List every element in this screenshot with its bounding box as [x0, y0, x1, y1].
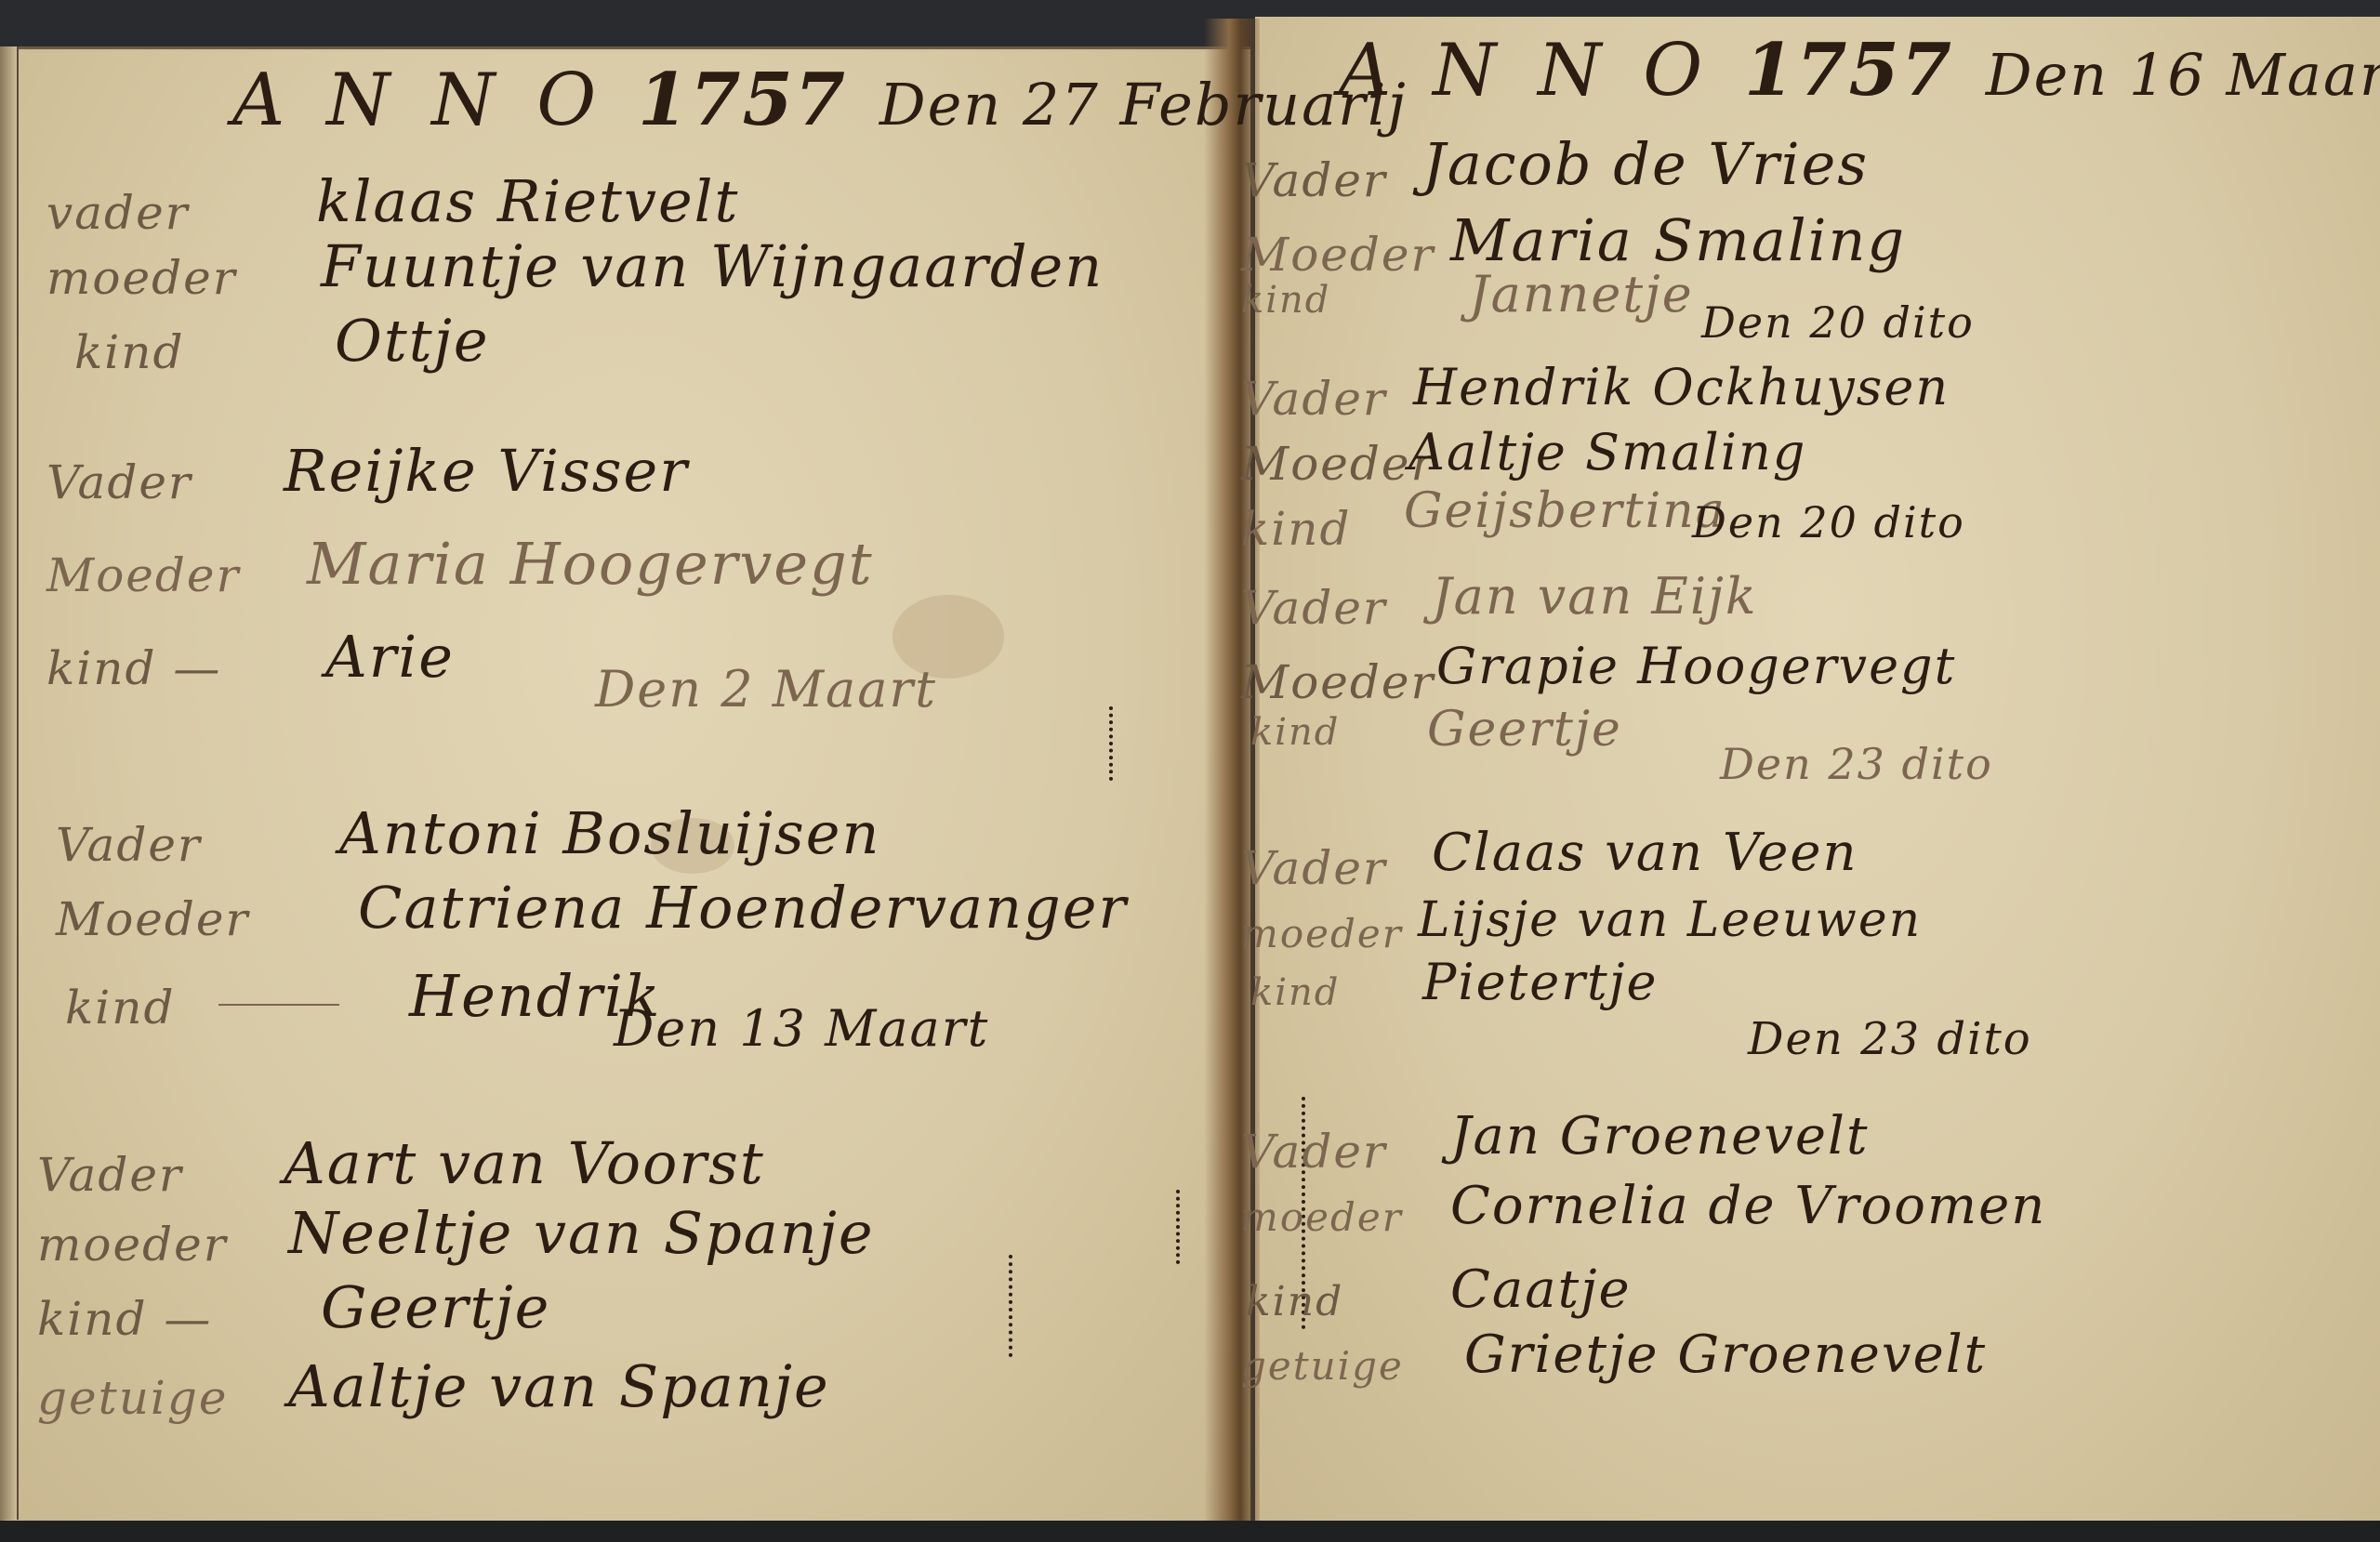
- kind-name: Ottje: [335, 307, 490, 375]
- kind-name: Geertje: [321, 1273, 550, 1341]
- kind-label: kind —: [46, 641, 221, 695]
- kind-name: Arie: [325, 623, 455, 691]
- moeder-name: Grapie Hoogervegt: [1436, 637, 1956, 695]
- vader-label: Vader: [46, 455, 192, 509]
- vader-name: Jan Groenevelt: [1450, 1106, 1869, 1166]
- vader-name: Reijke Visser: [284, 437, 689, 505]
- kind-label: kind: [1246, 1278, 1343, 1325]
- left-page-edge: [0, 46, 19, 1520]
- heading-year: 1757: [1744, 28, 1953, 112]
- moeder-label: Moeder: [46, 548, 240, 602]
- left-page-heading: A N N O 1757 Den 27 Februarij: [232, 58, 1408, 142]
- stamp-bleed-mark: [1109, 706, 1113, 781]
- vader-label: Vader: [1241, 581, 1387, 635]
- kind-label: kind: [65, 981, 176, 1035]
- entry-date: Den 20 dito: [1692, 497, 1965, 547]
- entry-date: Den 23 dito: [1748, 1013, 2032, 1065]
- vader-name: Aart van Voorst: [284, 1129, 765, 1197]
- moeder-label: moeder: [1241, 1194, 1403, 1240]
- vader-name: Claas van Veen: [1432, 823, 1858, 883]
- kind-name: Caatje: [1450, 1259, 1632, 1320]
- kind-name: Jannetje: [1469, 265, 1694, 323]
- vader-label: Vader: [1241, 153, 1387, 207]
- kind-label: kind —: [37, 1292, 212, 1346]
- vader-name: Jacob de Vries: [1422, 130, 1869, 198]
- heading-year: 1757: [638, 58, 847, 142]
- kind-name: Geertje: [1427, 702, 1622, 758]
- moeder-label: moeder: [46, 251, 237, 305]
- moeder-name: Lijsje van Leeuwen: [1418, 892, 1922, 948]
- moeder-label: Moeder: [1241, 228, 1435, 282]
- vader-label: Vader: [1241, 1125, 1387, 1179]
- kind-label: kind: [1250, 711, 1340, 754]
- getuige-name: Grietje Groenevelt: [1464, 1325, 1987, 1385]
- entry-date: Den 20 dito: [1701, 297, 1975, 348]
- moeder-label: moeder: [1241, 911, 1403, 956]
- stamp-bleed-mark: [1176, 1190, 1180, 1264]
- stamp-bleed-mark: [1009, 1255, 1012, 1357]
- kind-name: Pietertje: [1422, 953, 1658, 1011]
- heading-date: Den 27 Februarij: [879, 71, 1408, 138]
- getuige-label: getuige: [37, 1371, 228, 1425]
- background-bottom: [0, 1521, 2380, 1542]
- moeder-name: Catriena Hoendervanger: [358, 874, 1128, 942]
- moeder-name: Maria Hoogervegt: [307, 530, 874, 598]
- dash-separator: [218, 1004, 339, 1006]
- kind-label: kind: [1241, 502, 1352, 556]
- moeder-label: Moeder: [1241, 655, 1435, 709]
- entry-date: Den 2 Maart: [595, 660, 937, 718]
- vader-name: klaas Rietvelt: [316, 167, 739, 235]
- vader-label: Vader: [56, 818, 202, 872]
- getuige-label: getuige: [1241, 1343, 1404, 1389]
- vader-name: Antoni Bosluijsen: [339, 799, 880, 867]
- moeder-name: Neeltje van Spanje: [288, 1199, 875, 1267]
- right-page-heading: A N N O 1757 Den 16 Maart: [1339, 28, 2380, 112]
- vader-name: Hendrik Ockhuysen: [1413, 358, 1950, 416]
- vader-label: vader: [46, 186, 190, 240]
- kind-name: Geijsbertina: [1404, 483, 1726, 539]
- vader-label: Vader: [1241, 841, 1387, 895]
- kind-label: kind: [74, 325, 185, 379]
- vader-label: Vader: [37, 1148, 183, 1202]
- background-top: [0, 0, 2380, 19]
- anno-label: A N N O: [1339, 29, 1712, 112]
- kind-label: kind: [1241, 279, 1330, 322]
- moeder-name: Aaltje Smaling: [1408, 423, 1806, 481]
- heading-date: Den 16 Maart: [1986, 41, 2380, 109]
- entry-date: Den 13 Maart: [614, 999, 989, 1058]
- vader-name: Jan van Eijk: [1432, 567, 1758, 626]
- anno-label: A N N O: [232, 59, 605, 142]
- moeder-label: moeder: [37, 1218, 228, 1272]
- open-register-book: A N N O 1757 Den 27 Februarij vader klaa…: [0, 0, 2380, 1542]
- moeder-name: Cornelia de Vroomen: [1450, 1176, 2046, 1236]
- moeder-name: Fuuntje van Wijngaarden: [321, 232, 1104, 300]
- moeder-label: Moeder: [56, 892, 249, 946]
- vader-label: Vader: [1241, 372, 1387, 426]
- entry-date: Den 23 dito: [1720, 739, 1993, 789]
- kind-label: kind: [1250, 971, 1340, 1014]
- getuige-name: Aaltje van Spanje: [288, 1352, 830, 1420]
